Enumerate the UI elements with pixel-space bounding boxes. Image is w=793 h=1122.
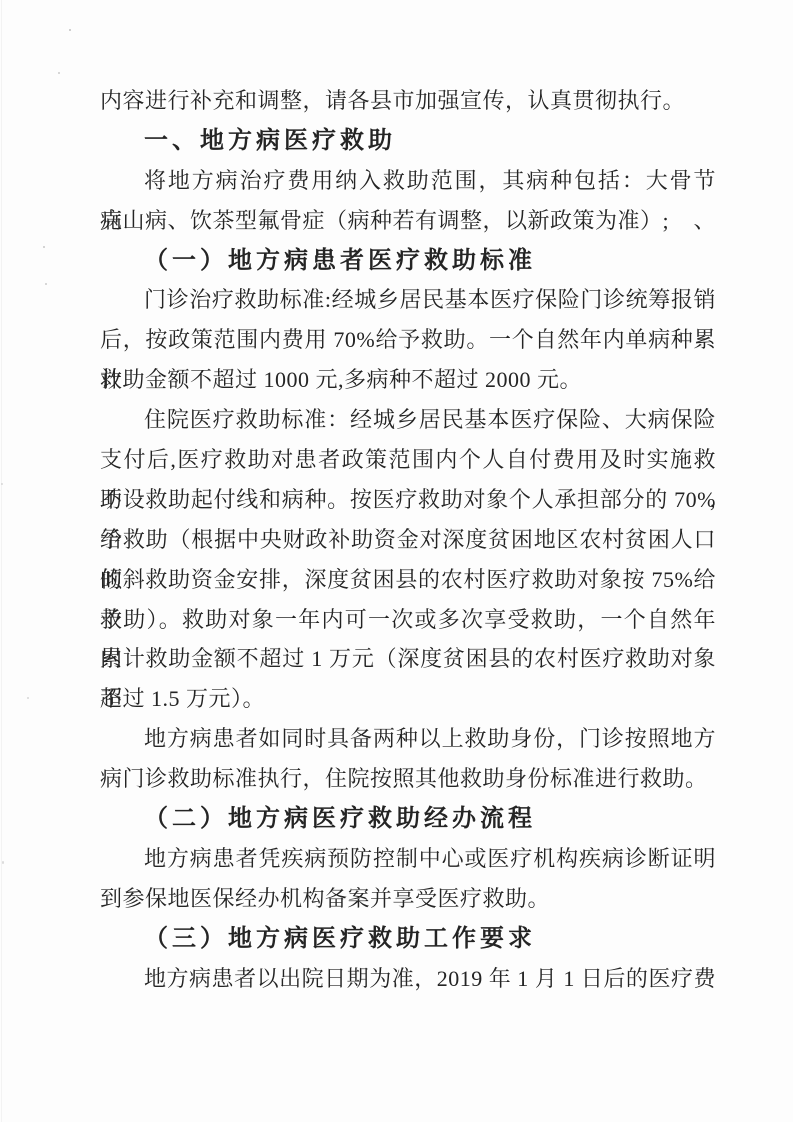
body-text-line: 累计救助金额不超过 1 万元（深度贫困县的农村医疗救助对象不 bbox=[100, 639, 716, 679]
scan-speck bbox=[69, 29, 71, 31]
body-text-line: 将地方病治疗费用纳入救助范围，其病种包括：大骨节病、 bbox=[100, 161, 716, 201]
body-text-line: 倾斜救助资金安排，深度贫困县的农村医疗救助对象按 75%给予 bbox=[100, 560, 716, 600]
scan-speck bbox=[2, 861, 4, 864]
body-text-line: 超过 1.5 万元）。 bbox=[100, 679, 716, 719]
scan-speck bbox=[45, 283, 47, 285]
body-text-line: 内容进行补充和调整，请各县市加强宣传，认真贯彻执行。 bbox=[100, 81, 716, 121]
scan-speck bbox=[27, 697, 29, 699]
section-heading-line: （一）地方病患者医疗救助标准 bbox=[100, 241, 716, 281]
section-heading-line: （三）地方病医疗救助工作要求 bbox=[100, 919, 716, 959]
scan-speck bbox=[1, 483, 3, 485]
document-body: 内容进行补充和调整，请各县市加强宣传，认真贯彻执行。一、地方病医疗救助将地方病治… bbox=[100, 81, 716, 998]
body-text-line: 门诊治疗救助标准:经城乡居民基本医疗保险门诊统筹报销 bbox=[100, 280, 716, 320]
scan-speck bbox=[43, 246, 45, 248]
body-text-line: 地方病患者如同时具备两种以上救助身份，门诊按照地方 bbox=[100, 719, 716, 759]
body-text-line: 住院医疗救助标准：经城乡居民基本医疗保险、大病保险 bbox=[100, 400, 716, 440]
body-text-line: 予救助（根据中央财政补助资金对深度贫困地区农村贫困人口的 bbox=[100, 520, 716, 560]
section-heading-line: 一、地方病医疗救助 bbox=[100, 121, 716, 161]
scan-speck bbox=[58, 72, 60, 74]
body-text-line: 地方病患者凭疾病预防控制中心或医疗机构疾病诊断证明 bbox=[100, 839, 716, 879]
body-text-line: 地方病患者以出院日期为准，2019 年 1 月 1 日后的医疗费 bbox=[100, 959, 716, 999]
body-text-line: 后，按政策范围内费用 70%给予救助。一个自然年内单病种累计 bbox=[100, 320, 716, 360]
body-text-line: 救助金额不超过 1000 元,多病种不超过 2000 元。 bbox=[100, 360, 716, 400]
document-page: 内容进行补充和调整，请各县市加强宣传，认真贯彻执行。一、地方病医疗救助将地方病治… bbox=[0, 0, 793, 1122]
body-text-line: 不设救助起付线和病种。按医疗救助对象个人承担部分的 70%给 bbox=[100, 480, 716, 520]
body-text-line: 救助）。救助对象一年内可一次或多次享受救助，一个自然年内 bbox=[100, 600, 716, 640]
scan-edge-shadow bbox=[1, 0, 2, 1122]
body-text-line: 支付后,医疗救助对患者政策范围内个人自付费用及时实施救助, bbox=[100, 440, 716, 480]
body-text-line: 克山病、饮茶型氟骨症（病种若有调整，以新政策为准）; bbox=[100, 201, 716, 241]
body-text-line: 病门诊救助标准执行，住院按照其他救助身份标准进行救助。 bbox=[100, 759, 716, 799]
section-heading-line: （二）地方病医疗救助经办流程 bbox=[100, 799, 716, 839]
body-text-line: 到参保地医保经办机构备案并享受医疗救助。 bbox=[100, 879, 716, 919]
